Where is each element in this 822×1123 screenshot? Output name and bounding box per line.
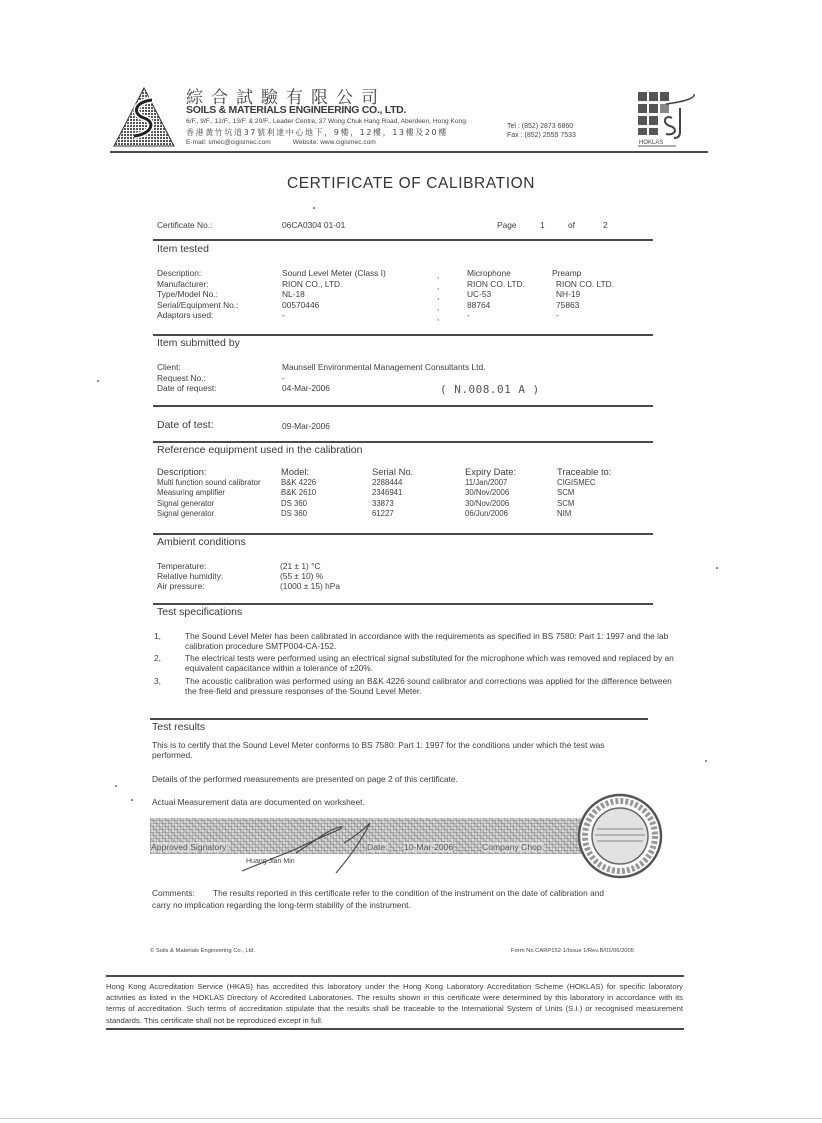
company-address-english: 6/F., 9/F., 12/F., 13/F. & 20/F., Leader… <box>186 118 468 125</box>
reference-table-header: Expiry Date: <box>465 467 516 477</box>
reference-table-cell: 2288444 <box>372 478 402 488</box>
item-tested-value: - <box>282 310 285 320</box>
approved-signatory-label: Approved Signatory: <box>151 842 229 852</box>
reference-table-header: Model: <box>281 467 309 477</box>
item-tested-preamp-value: RION CO. LTD. <box>556 279 614 289</box>
item-tested-microphone-value: RION CO. LTD. <box>467 279 525 289</box>
scan-speck <box>115 785 117 787</box>
comments-text-continued: carry no implication regarding the long-… <box>152 900 411 910</box>
reference-table-cell: 11/Jan/2007 <box>465 478 507 488</box>
item-tested-separator: , <box>437 281 439 291</box>
company-email: E-mail: smec@cigismec.com <box>186 139 271 146</box>
test-results-statement: This is to certify that the Sound Level … <box>152 740 632 761</box>
scan-speck <box>716 567 718 569</box>
page-title: CERTIFICATE OF CALIBRATION <box>0 175 822 193</box>
item-submitted-value: - <box>282 373 285 383</box>
item-tested-separator: , <box>437 291 439 301</box>
item-tested-microphone-value: UC-53 <box>467 289 491 299</box>
scan-edge <box>0 1118 822 1119</box>
item-submitted-label: Date of request: <box>157 383 217 393</box>
section-heading-ambient-conditions: Ambient conditions <box>157 536 246 548</box>
scan-speck <box>705 760 707 762</box>
item-tested-preamp-value: NH-19 <box>556 289 580 299</box>
item-submitted-value: Maunsell Environmental Management Consul… <box>282 362 485 372</box>
section-divider <box>153 533 653 535</box>
company-fax: Fax : (852) 2555 7533 <box>507 131 576 140</box>
company-address-chinese: 香港黃竹坑道37號利達中心地下，9樓，12樓，13樓及20樓 <box>186 127 448 138</box>
item-tested-label: Type/Model No.: <box>157 289 218 299</box>
ambient-condition-value: (1000 ± 15) hPa <box>280 581 340 591</box>
section-heading-test-results: Test results <box>152 721 205 733</box>
item-submitted-label: Client: <box>157 362 181 372</box>
test-results-worksheet: Actual Measurement data are documented o… <box>152 797 365 807</box>
ambient-condition-value: (21 ± 1) °C <box>280 561 321 571</box>
reference-table-cell: B&K 4226 <box>281 478 316 488</box>
form-number: Form No.CARP152-1/Issue 1/Rev.B/01/06/20… <box>511 948 634 954</box>
reference-table-cell: DS 360 <box>281 509 307 519</box>
certificate-number: 06CA0304 01-01 <box>282 220 345 230</box>
page-label: Page <box>497 220 517 230</box>
comments-label: Comments: <box>152 888 195 898</box>
reference-table-cell: 61227 <box>372 509 394 519</box>
item-tested-label: Adaptors used: <box>157 310 213 320</box>
reference-table-cell: SCM <box>557 499 574 509</box>
signatory-name: Huang Jian Min <box>246 858 295 865</box>
ambient-condition-label: Relative humidity: <box>157 571 223 581</box>
ambient-condition-label: Temperature: <box>157 561 206 571</box>
item-tested-microphone-value: - <box>467 310 470 320</box>
company-tel: Tel : (852) 2873 6860 <box>507 122 576 131</box>
reference-table-cell: 06/Jun/2006 <box>465 509 508 519</box>
test-results-details: Details of the performed measurements ar… <box>152 774 458 784</box>
item-tested-preamp-value: Preamp <box>552 268 581 278</box>
item-tested-value: Sound Level Meter (Class I) <box>282 268 386 278</box>
copyright-notice: © Soils & Materials Engineering Co., Ltd… <box>150 948 255 954</box>
test-spec-number: 3, <box>154 676 161 686</box>
company-contact: E-mail: smec@cigismec.comWebsite: www.ci… <box>186 139 376 146</box>
item-tested-value: 00570446 <box>282 300 319 310</box>
section-heading-test-specifications: Test specifications <box>157 606 242 618</box>
reference-table-cell: 2346941 <box>372 488 402 498</box>
page-number: 1 <box>540 220 545 230</box>
test-spec-text: The electrical tests were performed usin… <box>185 653 675 674</box>
date-of-test-label: Date of test: <box>157 419 214 431</box>
section-divider <box>153 334 653 336</box>
company-website: Website: www.cigismec.com <box>293 139 376 146</box>
company-chop-stamp-icon <box>577 793 663 879</box>
date-of-test-value: 09-Mar-2006 <box>282 421 330 431</box>
svg-text:HOKLAS: HOKLAS <box>639 140 663 146</box>
reference-table-header: Description: <box>157 467 207 477</box>
company-name-english: SOILS & MATERIALS ENGINEERING CO., LTD. <box>186 104 406 116</box>
scan-speck <box>131 799 133 801</box>
section-heading-reference-equipment: Reference equipment used in the calibrat… <box>157 444 362 456</box>
footer-divider <box>106 1028 684 1030</box>
item-tested-separator: , <box>437 302 439 312</box>
company-chop-label: Company Chop: <box>482 842 544 852</box>
test-spec-number: 1, <box>154 631 161 641</box>
page-of-label: of <box>568 220 575 230</box>
item-tested-label: Manufacturer: <box>157 279 209 289</box>
item-tested-label: Serial/Equipment No.: <box>157 300 238 310</box>
footer-divider <box>106 975 684 977</box>
section-divider <box>153 603 653 605</box>
section-divider <box>153 239 653 241</box>
reference-table-cell: SCM <box>557 488 574 498</box>
company-tel-fax: Tel : (852) 2873 6860 Fax : (852) 2555 7… <box>507 122 576 140</box>
section-heading-item-submitted: Item submitted by <box>157 337 240 349</box>
section-divider <box>153 441 653 443</box>
item-tested-value: RION CO., LTD. <box>282 279 342 289</box>
handwritten-signature-icon <box>236 815 376 875</box>
reference-table-cell: DS 360 <box>281 499 307 509</box>
item-tested-separator: , <box>437 312 439 322</box>
item-tested-separator: , <box>437 270 439 280</box>
section-divider <box>150 718 648 720</box>
reference-table-cell: 30/Nov/2006 <box>465 488 509 498</box>
letterhead-divider <box>110 151 708 153</box>
ambient-condition-label: Air pressure: <box>157 581 204 591</box>
item-tested-preamp-value: 75863 <box>556 300 579 310</box>
section-heading-item-tested: Item tested <box>157 243 209 255</box>
item-tested-label: Description: <box>157 268 201 278</box>
reference-table-cell: NIM <box>557 509 571 519</box>
item-tested-value: NL-18 <box>282 289 305 299</box>
item-submitted-value: 04-Mar-2006 <box>282 383 330 393</box>
reference-table-cell: B&K 2610 <box>281 488 316 498</box>
handwritten-note: ( N.008.01 A ) <box>440 383 540 396</box>
reference-table-cell: Multi function sound calibrator <box>157 478 261 488</box>
reference-table-cell: Signal generator <box>157 509 214 519</box>
reference-table-cell: 30/Nov/2006 <box>465 499 509 509</box>
reference-table-header: Serial No. <box>372 467 413 477</box>
item-tested-preamp-value: - <box>556 310 559 320</box>
item-tested-microphone-value: Microphone <box>467 268 511 278</box>
reference-table-cell: 33873 <box>372 499 394 509</box>
hkas-accreditation-statement: Hong Kong Accreditation Service (HKAS) h… <box>106 981 683 1026</box>
test-spec-text: The Sound Level Meter has been calibrate… <box>185 631 675 652</box>
reference-table-header: Traceable to: <box>557 467 611 477</box>
test-spec-text: The acoustic calibration was performed u… <box>185 676 675 697</box>
reference-table-cell: Measuring amplifier <box>157 488 225 498</box>
test-spec-number: 2, <box>154 653 161 663</box>
section-divider <box>153 405 653 407</box>
scan-speck <box>97 380 99 382</box>
scan-speck <box>313 207 315 209</box>
signature-date-value: 10-Mar-2006 <box>404 842 453 852</box>
certificate-number-label: Certificate No.: <box>157 220 212 230</box>
hokas-mark-icon: HOKLAS <box>636 90 698 150</box>
reference-table-cell: Signal generator <box>157 499 214 509</box>
comments-text: The results reported in this certificate… <box>213 888 604 898</box>
page-total: 2 <box>603 220 608 230</box>
item-tested-microphone-value: 88764 <box>467 300 490 310</box>
reference-table-cell: CIGISMEC <box>557 478 596 488</box>
smec-triangle-logo-icon <box>112 86 176 148</box>
ambient-condition-value: (55 ± 10) % <box>280 571 323 581</box>
item-submitted-label: Request No.: <box>157 373 206 383</box>
